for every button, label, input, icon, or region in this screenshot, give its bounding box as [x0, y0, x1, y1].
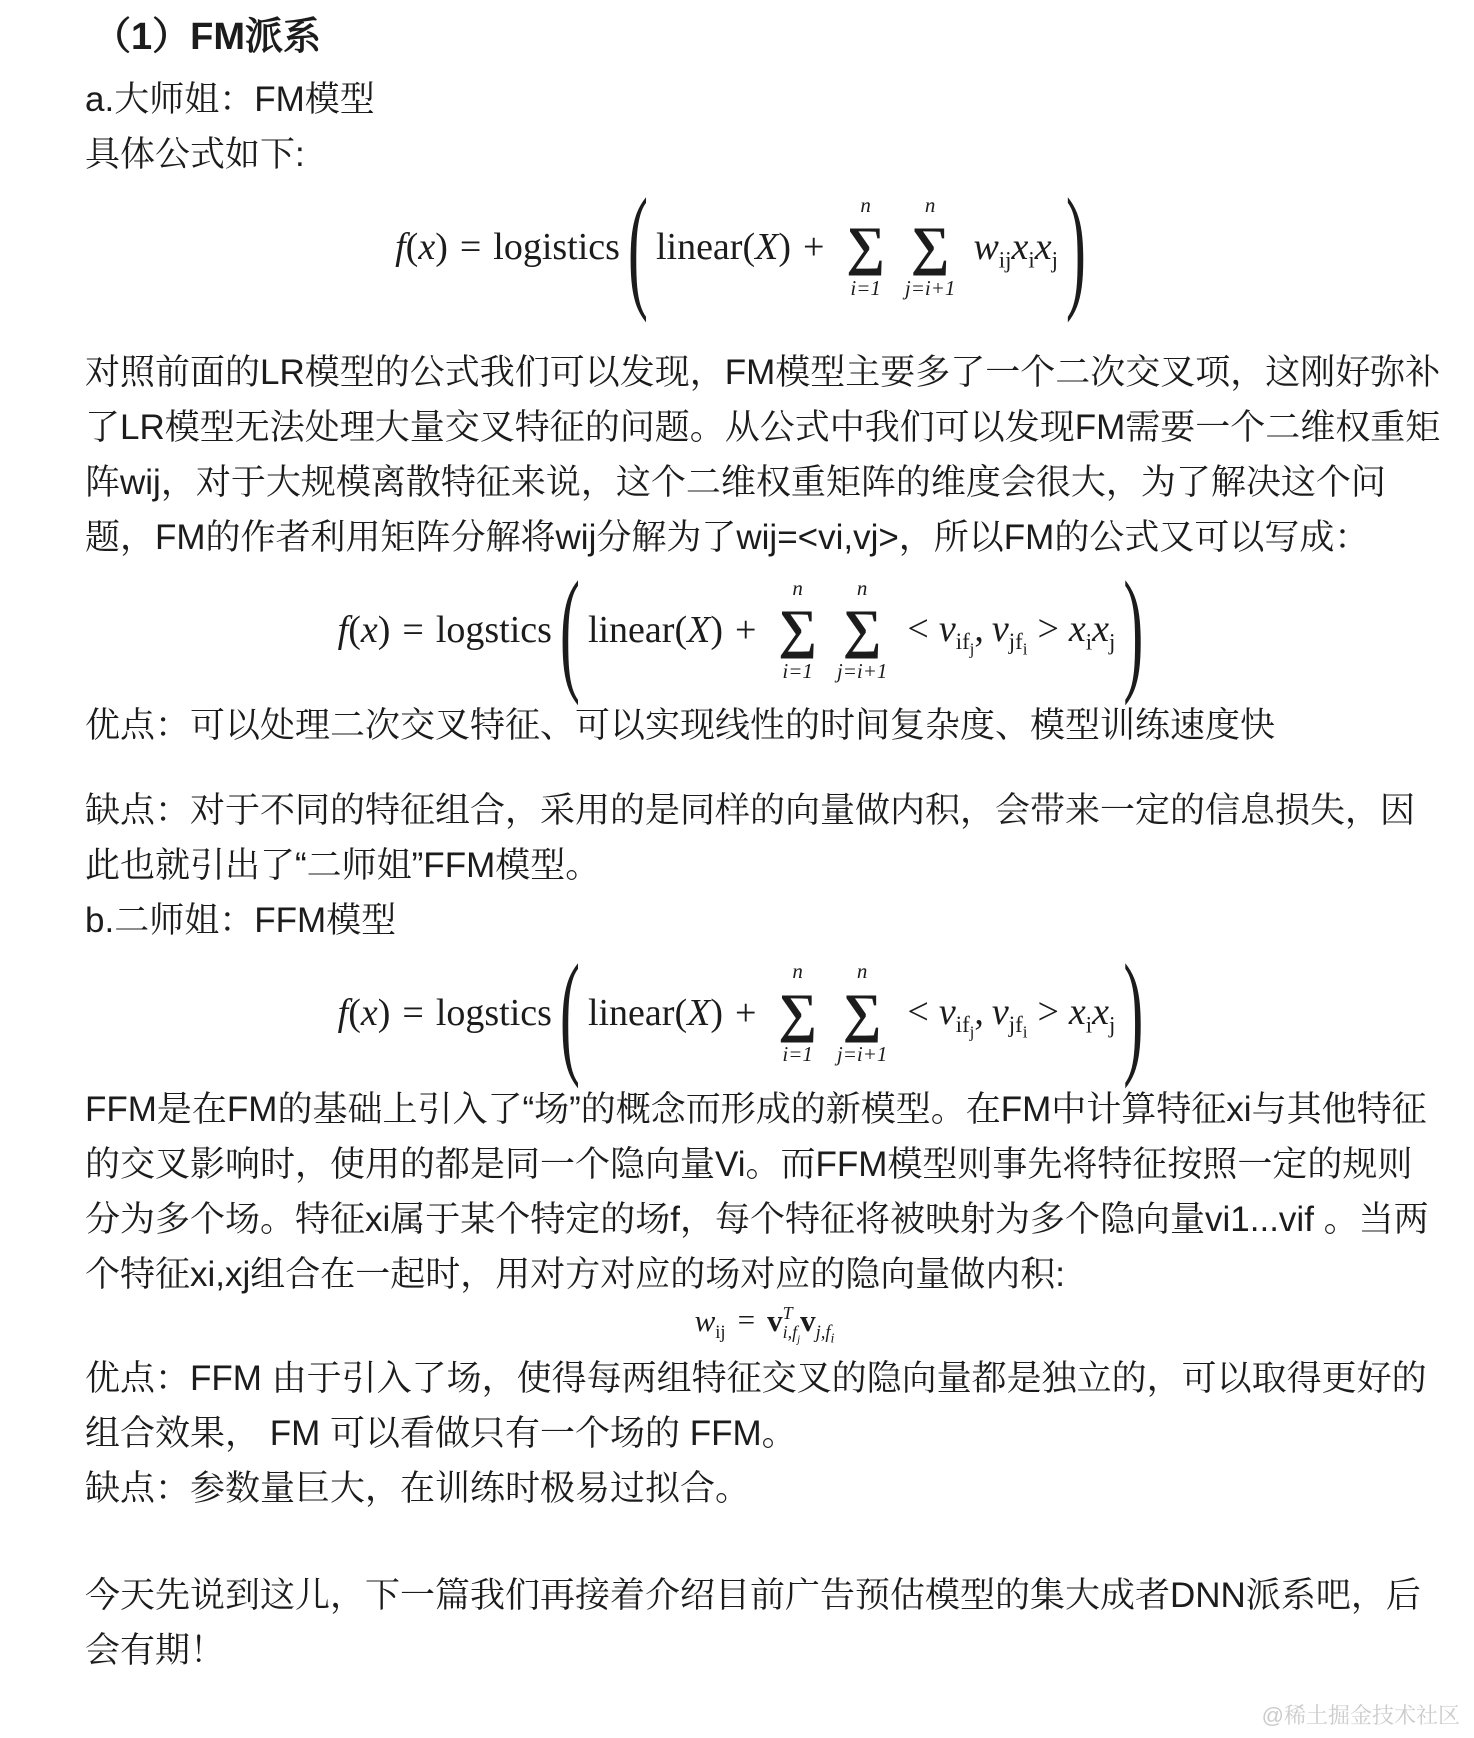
sigma-symbol: ∑	[778, 985, 817, 1042]
formula-wij: wij=vTi,fjvj,fi	[85, 1304, 1444, 1344]
formula-fm: f(x)=logistics ( linear(X)+ n ∑ i=1 n ∑ …	[85, 192, 1404, 301]
math-var: f	[395, 226, 406, 268]
spacer	[85, 753, 1444, 783]
right-paren: )	[1123, 944, 1143, 1082]
summation-i: n ∑ i=1	[778, 958, 817, 1067]
paragraph-fm-explanation: 对照前面的LR模型的公式我们可以发现，FM模型主要多了一个二次交叉项，这刚好弥补…	[85, 345, 1444, 565]
right-paren: )	[1123, 561, 1143, 699]
paragraph-ffm-pros: 优点：FFM 由于引入了场，使得每两组特征交叉的隐向量都是独立的，可以取得更好的…	[85, 1351, 1444, 1461]
summation-i: n ∑ i=1	[846, 192, 885, 301]
sigma-symbol: ∑	[911, 218, 950, 275]
spacer	[85, 1516, 1444, 1568]
right-paren: )	[1066, 178, 1086, 316]
formula-ffm: f(x)=logstics ( linear(X)+ n ∑ i=1 n ∑ j…	[85, 958, 1404, 1067]
formula-intro-line: 具体公式如下:	[85, 127, 1444, 182]
summation-j: n ∑ j=i+1	[837, 958, 888, 1067]
sigma-symbol: ∑	[846, 218, 885, 275]
paragraph-closing: 今天先说到这儿，下一篇我们再接着介绍目前广告预估模型的集大成者DNN派系吧，后会…	[85, 1568, 1444, 1678]
sigma-symbol: ∑	[843, 985, 882, 1042]
subheading-ffm-model: b.二师姐：FFM模型	[85, 893, 1444, 948]
paragraph-ffm-explanation: FFM是在FM的基础上引入了“场”的概念而形成的新模型。在FM中计算特征xi与其…	[85, 1082, 1444, 1302]
sigma-symbol: ∑	[778, 601, 817, 658]
paragraph-ffm-cons: 缺点：参数量巨大，在训练时极易过拟合。	[85, 1461, 1444, 1516]
left-paren: (	[628, 178, 648, 316]
math-fn-logstics: logstics	[436, 609, 552, 651]
sup-sub-stack: Ti,fj	[783, 1304, 800, 1344]
math-fn-logistics: logistics	[493, 226, 620, 268]
paragraph-fm-cons: 缺点：对于不同的特征组合，采用的是同样的向量做内积，会带来一定的信息损失，因此也…	[85, 783, 1444, 893]
summation-j: n ∑ j=i+1	[905, 192, 956, 301]
left-paren: (	[560, 944, 580, 1082]
summation-i: n ∑ i=1	[778, 575, 817, 684]
section-heading: （1）FM派系	[93, 12, 1444, 62]
sigma-symbol: ∑	[843, 601, 882, 658]
summation-j: n ∑ j=i+1	[837, 575, 888, 684]
math-fn-logstics: logstics	[436, 992, 552, 1034]
formula-fm-factorized: f(x)=logstics ( linear(X)+ n ∑ i=1 n ∑ j…	[85, 575, 1404, 684]
site-watermark: @稀土掘金技术社区	[1262, 1702, 1460, 1730]
spacer	[85, 315, 1444, 345]
paragraph-fm-pros: 优点：可以处理二次交叉特征、可以实现线性的时间复杂度、模型训练速度快	[85, 698, 1444, 753]
subheading-fm-model: a.大师姐：FM模型	[85, 72, 1444, 127]
left-paren: (	[560, 561, 580, 699]
